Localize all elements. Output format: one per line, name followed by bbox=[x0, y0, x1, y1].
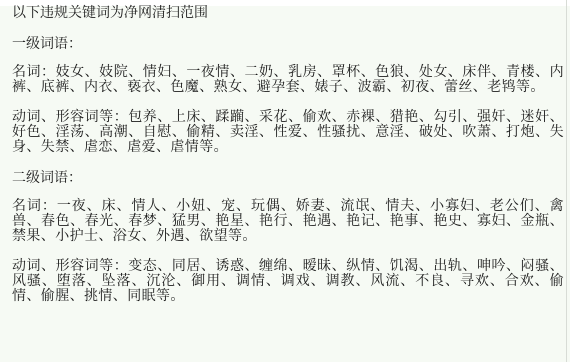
level1-verbs: 动词、形容词等：包养、上床、蹂躏、采花、偷欢、赤裸、猎艳、勾引、强奸、迷奸、好色… bbox=[12, 110, 564, 155]
level1-heading: 一级词语： bbox=[12, 36, 564, 53]
level2-nouns-list: 一夜、床、情人、小妞、宠、玩偶、娇妻、流氓、情夫、小寡妇、老公们、禽兽、春色、春… bbox=[12, 198, 564, 244]
document: 以下违规关键词为净网清扫范围 一级词语： 名词：妓女、妓院、情妇、一夜情、二奶、… bbox=[12, 5, 564, 319]
nouns-label: 名词： bbox=[12, 64, 56, 80]
level2-nouns: 名词：一夜、床、情人、小妞、宠、玩偶、娇妻、流氓、情夫、小寡妇、老公们、禽兽、春… bbox=[12, 199, 564, 244]
verbs-label: 动词、形容词等： bbox=[12, 258, 128, 274]
verbs-label: 动词、形容词等： bbox=[12, 109, 128, 125]
right-border bbox=[566, 0, 567, 362]
level2-heading: 二级词语： bbox=[12, 170, 564, 187]
level1-nouns-list: 妓女、妓院、情妇、一夜情、二奶、乳房、罩杯、色狼、处女、床伴、青楼、内裤、底裤、… bbox=[12, 64, 564, 95]
level1-nouns: 名词：妓女、妓院、情妇、一夜情、二奶、乳房、罩杯、色狼、处女、床伴、青楼、内裤、… bbox=[12, 65, 564, 95]
nouns-label: 名词： bbox=[12, 198, 57, 214]
document-title: 以下违规关键词为净网清扫范围 bbox=[12, 5, 564, 22]
level2-verbs: 动词、形容词等：变态、同居、诱惑、缠绵、暧昧、纵情、饥渴、出轨、呻吟、闷骚、风骚… bbox=[12, 259, 564, 304]
